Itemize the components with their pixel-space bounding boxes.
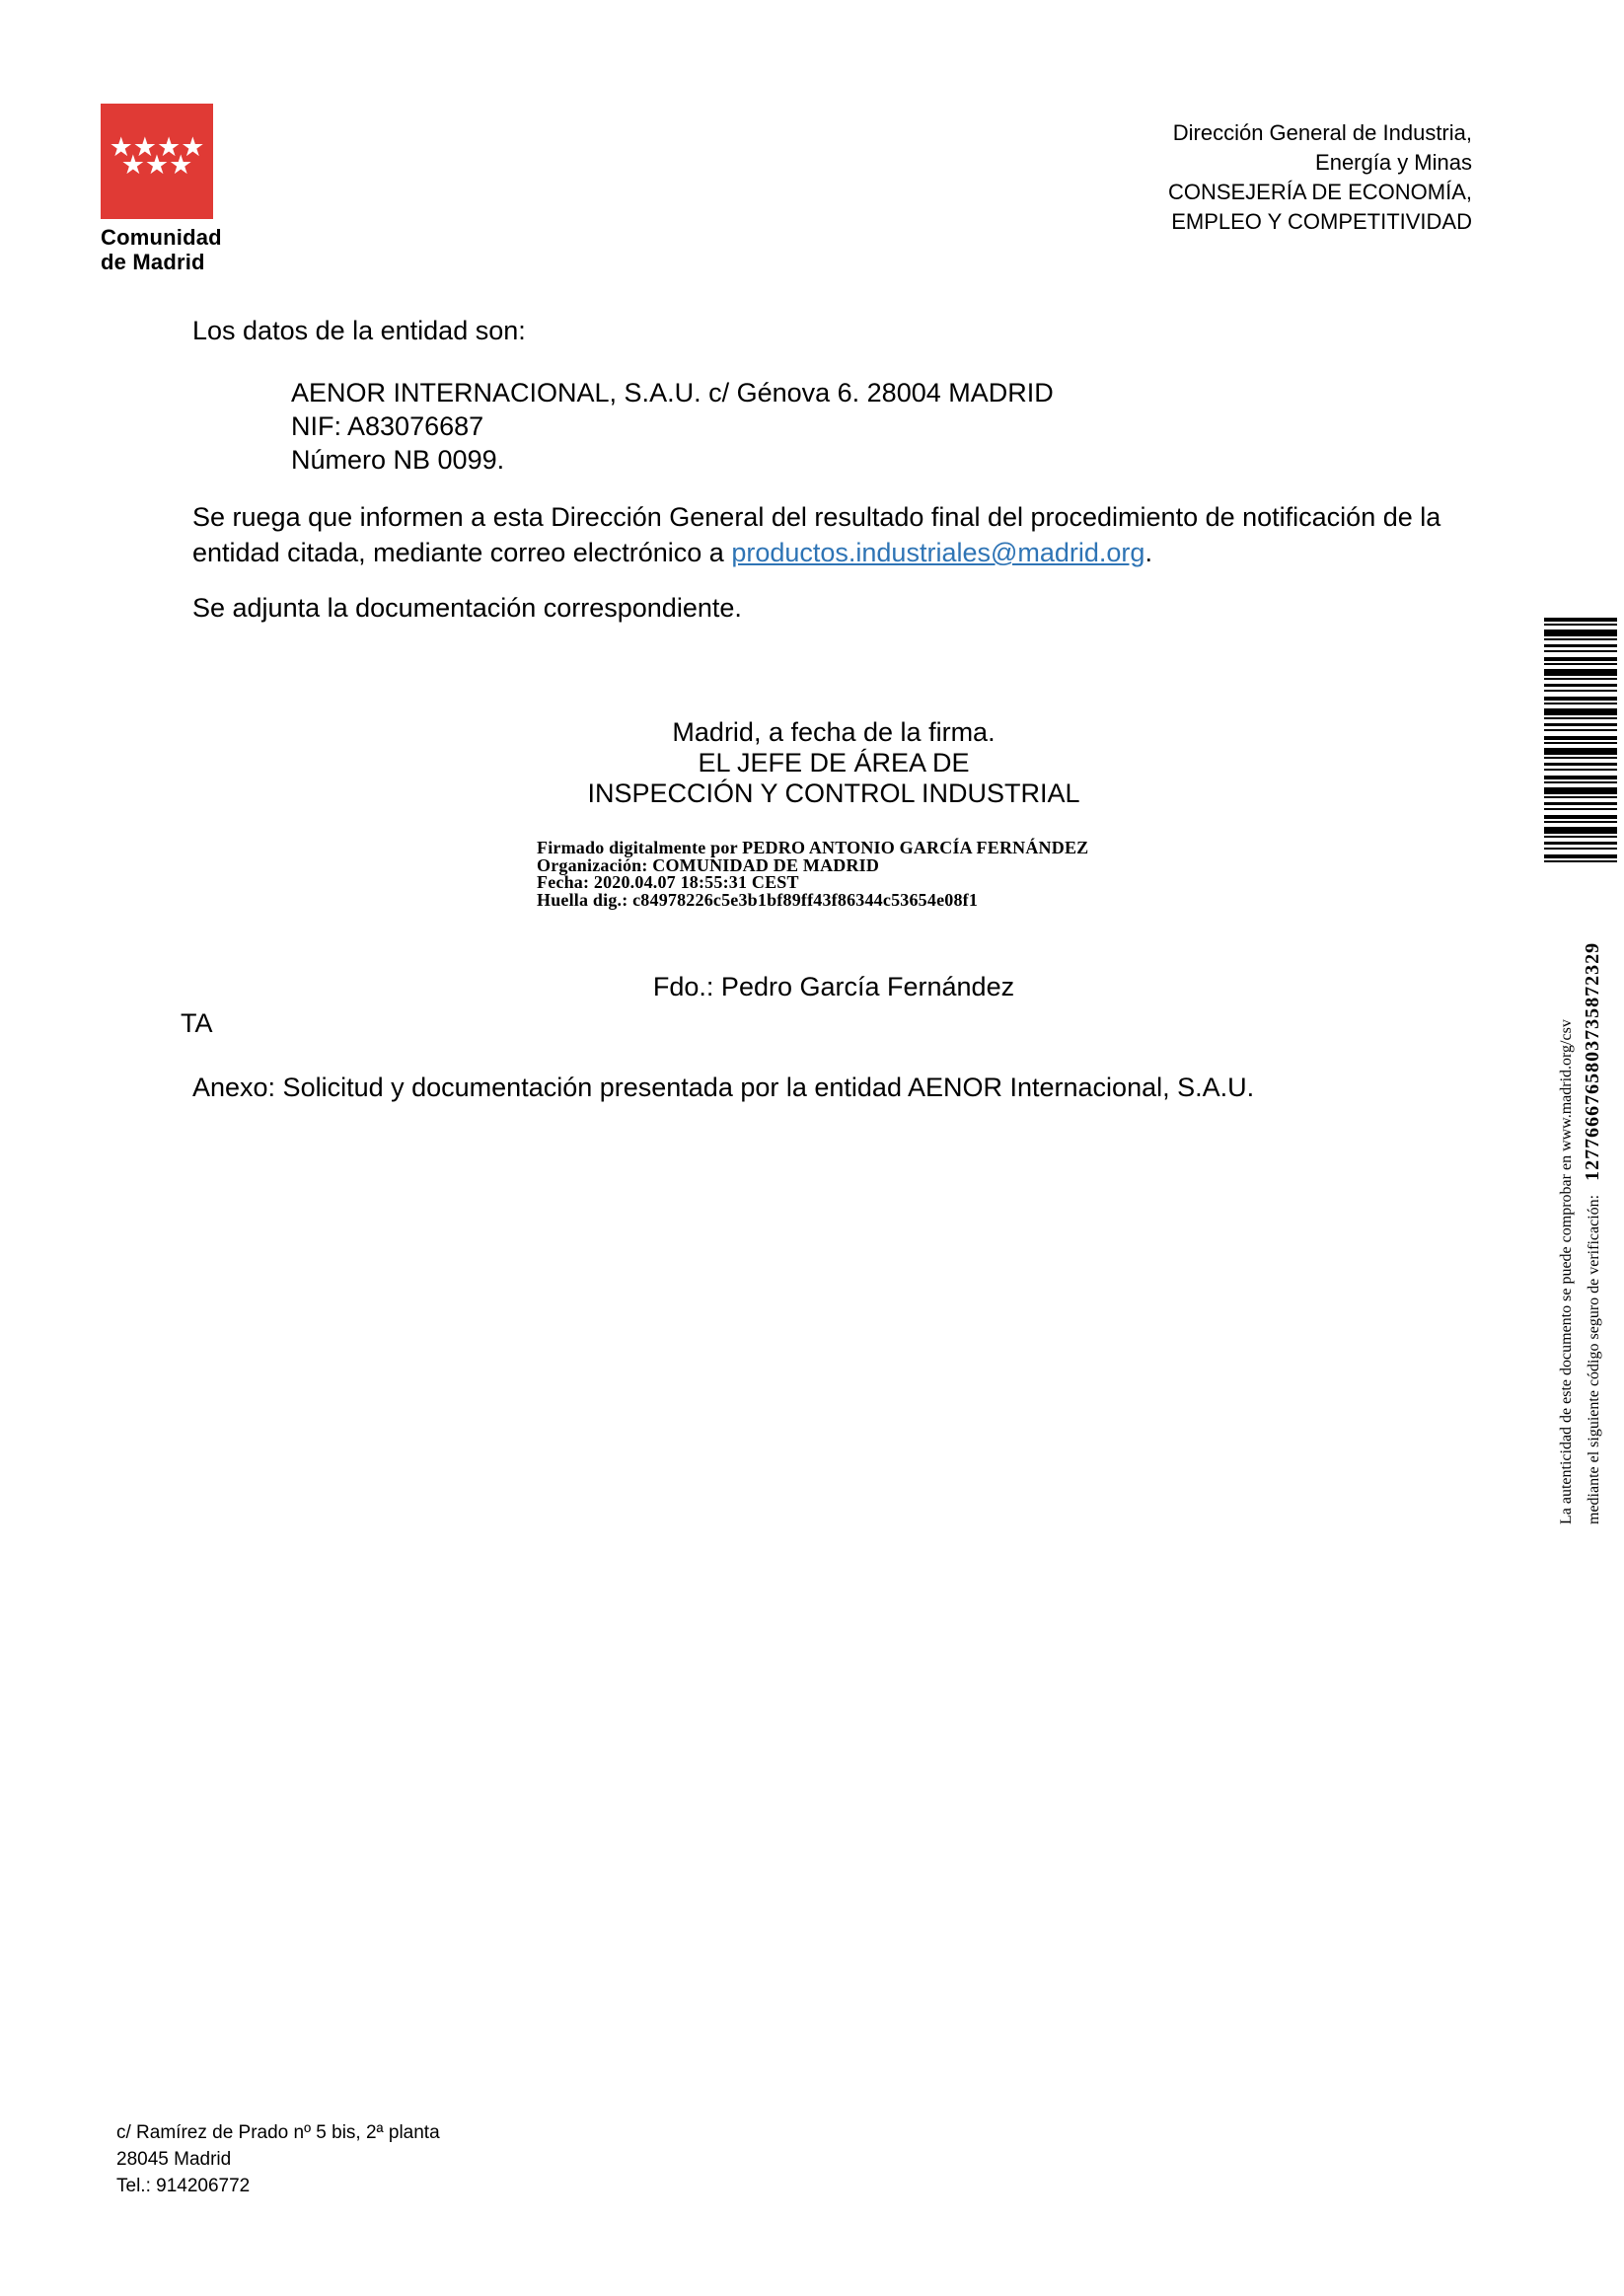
verification-line2: mediante el siguiente código seguro de v… — [1580, 873, 1607, 1524]
email-link[interactable]: productos.industriales@madrid.org — [731, 538, 1144, 567]
verification-barcode — [1544, 618, 1617, 862]
intro-text: Los datos de la entidad son: — [192, 314, 526, 348]
department-heading: Dirección General de Industria, Energía … — [1168, 118, 1472, 237]
signature-heading: Madrid, a fecha de la firma. EL JEFE DE … — [192, 717, 1475, 809]
entity-block: AENOR INTERNACIONAL, S.A.U. c/ Génova 6.… — [291, 376, 1054, 477]
dept-line-4: EMPLEO Y COMPETITIVIDAD — [1168, 207, 1472, 237]
footer-phone: Tel.: 914206772 — [116, 2173, 440, 2199]
document-page: ★★★★ ★★★ Comunidad de Madrid Dirección G… — [0, 0, 1624, 2296]
footer-city: 28045 Madrid — [116, 2146, 440, 2173]
entity-nif: NIF: A83076687 — [291, 409, 1054, 443]
signer-name: Fdo.: Pedro García Fernández — [192, 970, 1475, 1004]
verification-sidebar: La autenticidad de este documento se pue… — [1553, 873, 1608, 1524]
digital-signature-stamp: Firmado digitalmente por PEDRO ANTONIO G… — [537, 840, 1088, 909]
logo-label-line2: de Madrid — [101, 250, 221, 274]
footer-street: c/ Ramírez de Prado nº 5 bis, 2ª planta — [116, 2119, 440, 2146]
signature-heading-line2: EL JEFE DE ÁREA DE — [192, 748, 1475, 778]
request-text-after: . — [1144, 538, 1152, 567]
signature-heading-line3: INSPECCIÓN Y CONTROL INDUSTRIAL — [192, 778, 1475, 809]
verification-line1: La autenticidad de este documento se pue… — [1553, 873, 1580, 1524]
entity-name-address: AENOR INTERNACIONAL, S.A.U. c/ Génova 6.… — [291, 376, 1054, 409]
signature-heading-line1: Madrid, a fecha de la firma. — [192, 717, 1475, 748]
annex-note: Anexo: Solicitud y documentación present… — [192, 1071, 1534, 1105]
logo-label-line1: Comunidad — [101, 225, 221, 250]
madrid-logo: ★★★★ ★★★ Comunidad de Madrid — [101, 104, 221, 274]
request-paragraph: Se ruega que informen a esta Dirección G… — [192, 499, 1485, 570]
dept-line-3: CONSEJERÍA DE ECONOMÍA, — [1168, 178, 1472, 207]
verification-code: 1277666765803735872329 — [1582, 942, 1603, 1195]
sig-stamp-line4: Huella dig.: c84978226c5e3b1bf89ff43f863… — [537, 892, 1088, 910]
madrid-flag-icon: ★★★★ ★★★ — [101, 104, 213, 219]
sig-stamp-line3: Fecha: 2020.04.07 18:55:31 CEST — [537, 874, 1088, 892]
dept-line-2: Energía y Minas — [1168, 148, 1472, 178]
attachment-note: Se adjunta la documentación correspondie… — [192, 591, 742, 626]
typist-initials: TA — [181, 1006, 213, 1041]
footer-address: c/ Ramírez de Prado nº 5 bis, 2ª planta … — [116, 2119, 440, 2199]
entity-number: Número NB 0099. — [291, 443, 1054, 477]
verification-line2-prefix: mediante el siguiente código seguro de v… — [1586, 1195, 1602, 1524]
sig-stamp-line1: Firmado digitalmente por PEDRO ANTONIO G… — [537, 840, 1088, 857]
dept-line-1: Dirección General de Industria, — [1168, 118, 1472, 148]
logo-label: Comunidad de Madrid — [101, 225, 221, 274]
